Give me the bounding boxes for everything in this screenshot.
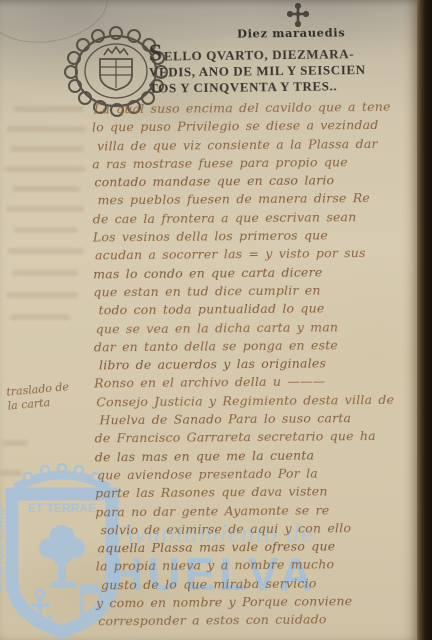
- margin-note: traslado dela carta: [6, 380, 71, 413]
- arms-motto-left: PORTUS MARIS: [0, 506, 7, 590]
- scan-gutter-edge: [417, 0, 432, 640]
- manuscript-line: villa de que viz consiente a la Plassa d…: [97, 134, 422, 155]
- arms-tree: [39, 525, 85, 588]
- cross-fleury-icon: [287, 3, 309, 27]
- manuscript-line: lo que puso Privilegio se diese a vezind…: [92, 116, 422, 137]
- printed-title: SELLO QVARTO, DIEZMARA- VEDIS, ANO DE MI…: [149, 43, 420, 96]
- scanned-document: Diez marauedis: [0, 0, 432, 640]
- seal-crest: [100, 47, 132, 90]
- manuscript-line: de Francisco Garrareta secretario que ha: [95, 427, 425, 448]
- manuscript-text: La qual suso encima del cavildo que a te…: [92, 98, 427, 631]
- manuscript-line: Consejo Justicia y Regimiento desta vill…: [96, 390, 424, 411]
- manuscript-line: corresponder a estos con cuidado: [98, 610, 426, 631]
- manuscript-page: Diez marauedis: [0, 0, 418, 640]
- title-line: TOS Y CINQVENTA Y TRES..: [149, 77, 419, 96]
- arms-anchor: [28, 590, 52, 622]
- tax-label: Diez marauedis: [237, 25, 345, 40]
- arms-motto-top: ET TERRAE: [28, 501, 96, 515]
